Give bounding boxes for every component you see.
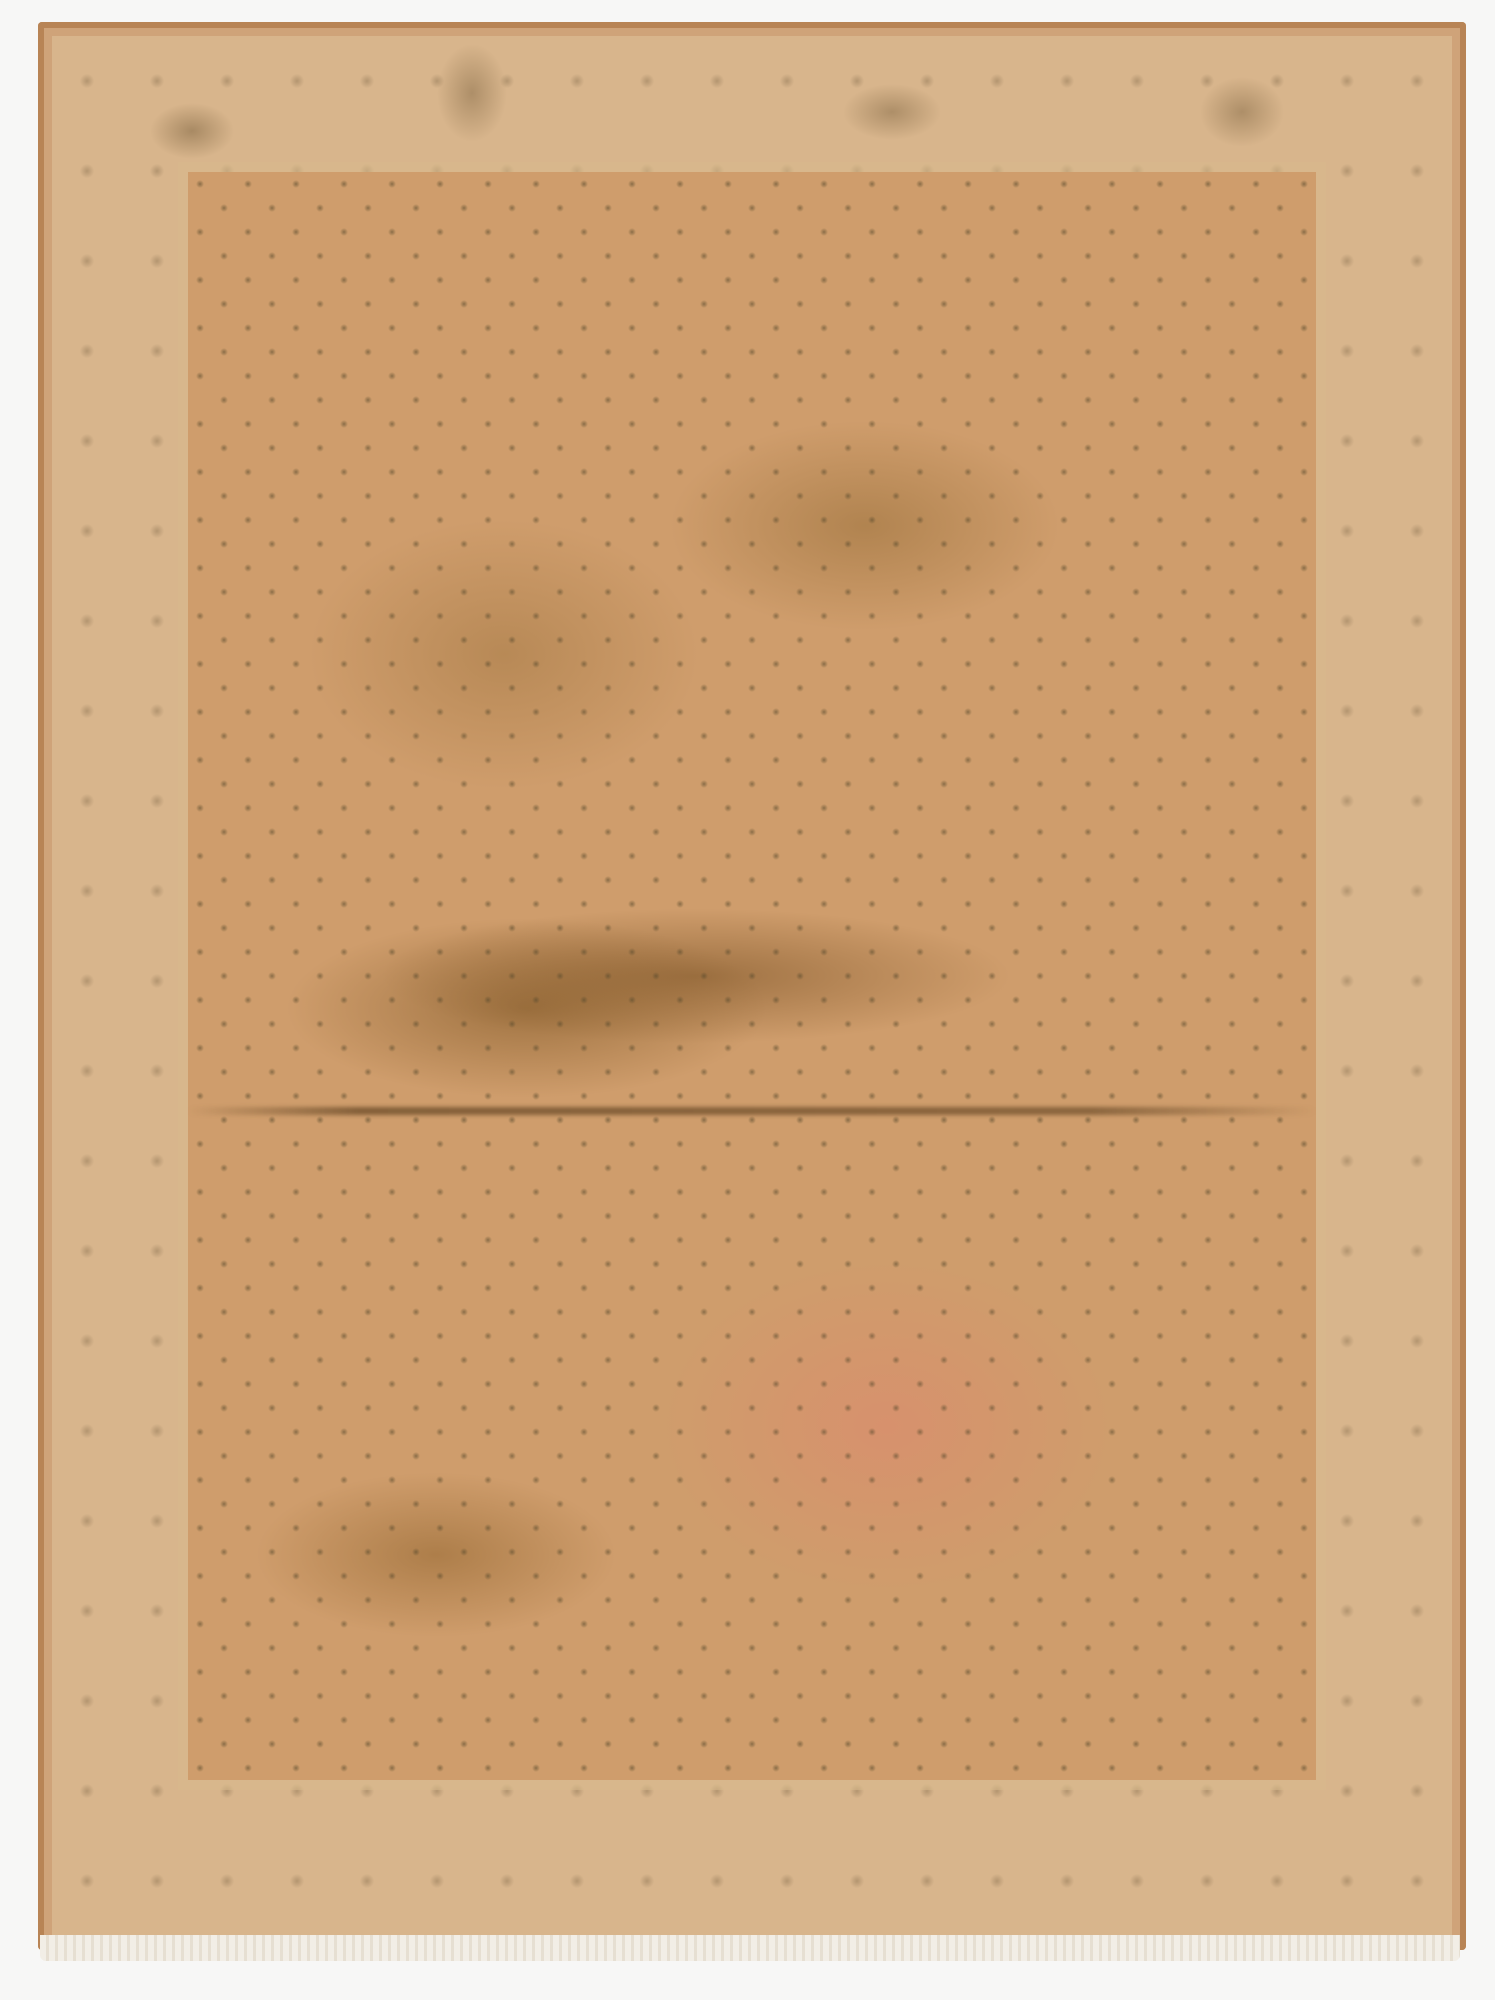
rug-field (188, 172, 1316, 1780)
image-subject: Vintage overdyed wool rug, top-down prod… (38, 22, 39, 23)
rug: Vintage overdyed wool rug, top-down prod… (38, 22, 1466, 1950)
fold-shading (188, 1107, 1316, 1115)
field-lattice-pattern (188, 172, 1316, 1780)
rug-fringe (40, 1935, 1460, 1961)
